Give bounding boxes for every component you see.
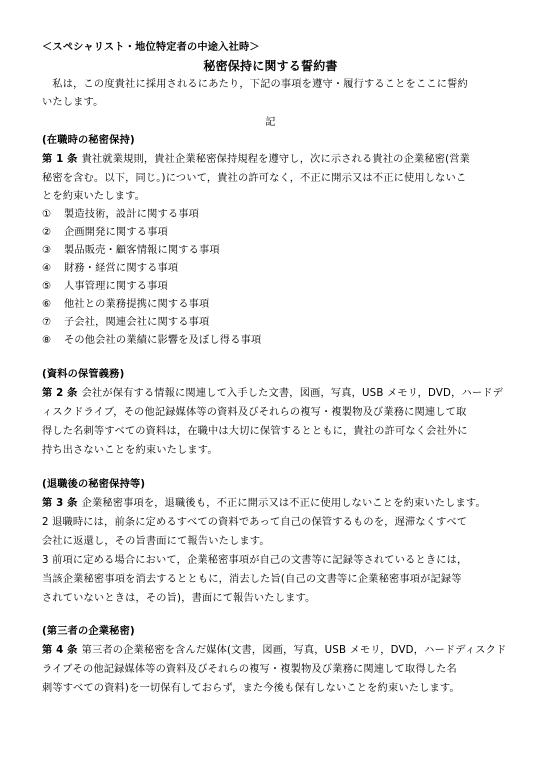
intro-line-1: 私は，この度貴社に採用されるにあたり，下記の事項を遵守・履行することをここに誓約: [42, 78, 502, 92]
section-1-heading: (在職時の秘密保持): [42, 134, 502, 148]
article-1-line-1: 第 1 条貴社就業規則，貴社企業秘密保持規程を遵守し，次に示される貴社の企業秘密…: [42, 153, 502, 167]
ki-label: 記: [0, 116, 541, 130]
article-4-line-3: 刺等すべての資料)を一切保有しておらず，また今後も保有しないことを約束いたします…: [42, 682, 502, 696]
article-4-line-2: ライブその他記録媒体等の資料及びそれらの複写・複製物及び業務に関連して取得した名: [42, 663, 502, 677]
article-2-line-2: ィスクドライブ，その他記録媒体等の資料及びそれらの複写・複製物及び業務に関連して…: [42, 406, 502, 420]
list-item-6: ⑥他社との業務提携に関する事項: [42, 298, 502, 312]
article-3-line-4: 3 前項に定める場合において，企業秘密事項が自己の文書等に記録等されているときに…: [42, 554, 502, 568]
article-2-label: 第 2 条: [42, 388, 78, 399]
list-item-8: ⑧その他会社の業績に影響を及ぼし得る事項: [42, 334, 502, 348]
section-4-heading: (第三者の企業秘密): [42, 625, 502, 639]
intro-line-2: いたします。: [42, 96, 502, 110]
article-3-line-6: されていないときは，その旨)，書面にて報告いたします。: [42, 592, 502, 606]
article-3-label: 第 3 条: [42, 498, 78, 509]
article-3-line-3: 会社に返還し，その旨書面にて報告いたします。: [42, 535, 502, 549]
document-title: 秘密保持に関する誓約書: [0, 59, 541, 73]
article-2-line-3: 得した名刺等すべての資料は，在職中は大切に保管するとともに，貴社の許可なく会社外…: [42, 425, 502, 439]
article-4-label: 第 4 条: [42, 645, 78, 656]
list-item-1: ①製造技術，設計に関する事項: [42, 208, 502, 222]
document-page: ＜スペシャリスト・地位特定者の中途入社時＞ 秘密保持に関する誓約書 私は，この度…: [0, 0, 541, 760]
article-1-line-2: 秘密を含む。以下，同じ。)について，貴社の許可なく，不正に開示又は不正に使用しな…: [42, 172, 502, 186]
article-4-line-1: 第 4 条第三者の企業秘密を含んだ媒体(文書，図画，写真，USB メモリ，DVD…: [42, 644, 502, 658]
article-2-line-4: 持ち出さないことを約束いたします。: [42, 444, 502, 458]
list-item-7: ⑦子会社，関連会社に関する事項: [42, 316, 502, 330]
section-3-heading: (退職後の秘密保持等): [42, 478, 502, 492]
article-2-line-1: 第 2 条会社が保有する情報に関連して入手した文書，図画，写真，USB メモリ，…: [42, 387, 502, 401]
list-item-3: ③製品販売・顧客情報に関する事項: [42, 244, 502, 258]
article-3-line-2: 2 退職時には，前条に定めるすべての資料であって自己の保管するものを，遅滞なくす…: [42, 516, 502, 530]
section-2-heading: (資料の保管義務): [42, 368, 502, 382]
list-item-5: ⑤人事管理に関する事項: [42, 280, 502, 294]
article-3-line-1: 第 3 条企業秘密事項を，退職後も，不正に開示又は不正に使用しないことを約束いた…: [42, 497, 502, 511]
list-item-4: ④財務・経営に関する事項: [42, 262, 502, 276]
article-1-line-3: とを約束いたします。: [42, 190, 502, 204]
list-item-2: ②企画開発に関する事項: [42, 226, 502, 240]
header-label: ＜スペシャリスト・地位特定者の中途入社時＞: [42, 41, 502, 55]
article-1-label: 第 1 条: [42, 154, 78, 165]
article-3-line-5: 当該企業秘密事項を消去するとともに，消去した旨(自己の文書等に企業秘密事項が記録…: [42, 573, 502, 587]
